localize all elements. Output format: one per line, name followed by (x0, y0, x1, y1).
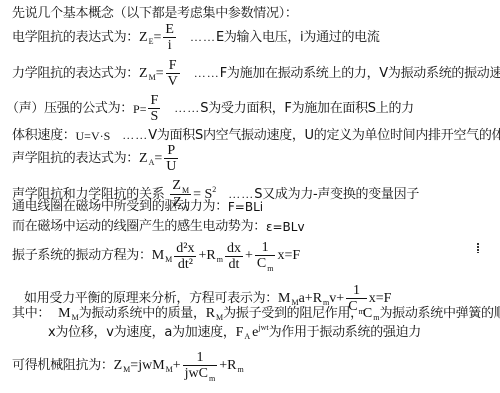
denominator: Cm (255, 256, 276, 272)
term: x=F (277, 248, 300, 264)
symbol: C (257, 256, 266, 271)
fraction: F S (148, 93, 160, 124)
numerator: 1 (260, 240, 271, 255)
subscript: M (149, 70, 156, 86)
denominator: dt² (176, 257, 195, 272)
note-text: E为输入电压，i为通过的电流 (216, 30, 380, 45)
definition-text: 为振动系统中弹簧的顺性 (379, 306, 500, 322)
note: ……F为施加在振动系统上的力，V为振动系统的振动速度 (194, 65, 500, 82)
definition-text: 为作用于振动系统的强迫力 (269, 325, 421, 341)
ellipsis: …… (122, 128, 148, 142)
denominator: dt (227, 257, 242, 272)
subscript: M (182, 186, 189, 195)
plus: + (245, 248, 253, 264)
mechanical-impedance-line: 力学阻抗的表达式为： ZM = F V ……F为施加在振动系统上的力，V为振动系… (12, 58, 500, 89)
symbol: R (206, 306, 215, 322)
volume-velocity-line: 体积速度： U=V·S ……V为面积S内空气振动速度，U的定义为单位时间内排开空… (12, 127, 500, 144)
symbol: M (58, 306, 70, 322)
denominator: V (166, 74, 180, 89)
cursor-mark (477, 243, 479, 253)
term: x=F (369, 291, 392, 307)
denominator: S (148, 109, 160, 124)
acoustic-impedance-line: 声学阻抗的表达式为： ZA = P U (12, 143, 180, 174)
definitions-line-2: x为位移，v为速度，a为加速度， FA ejwt 为作用于振动系统的强迫力 (48, 325, 421, 341)
formula: F=BLi (228, 199, 263, 215)
fraction: dx dt (225, 241, 243, 272)
subscript: A (149, 155, 155, 171)
electrical-impedance-line: 电学阻抗的表达式为： ZE = E i ……E为输入电压，i为通过的电流 (12, 22, 380, 53)
ellipsis: …… (194, 66, 220, 80)
vibration-equation-line: 振子系统的振动方程为： MM d²x dt² +Rm dx dt + 1 Cm … (12, 240, 300, 272)
definitions-line-1: 其中： MM 为振动系统中的质量， RM 为振子受到的阻尼作用， Cm 为振动系… (12, 306, 500, 322)
symbol: P= (133, 101, 146, 117)
subscript: M (166, 362, 173, 378)
intro-text: 先说几个基本概念（以下都是考虑集中参数情况）： (12, 6, 298, 22)
note-text: S又成为力-声变换的变量因子 (254, 187, 419, 202)
numerator: ZM (170, 178, 191, 194)
term: v+ (329, 291, 344, 307)
label: （声）压强的公式为： (6, 101, 133, 117)
denominator: i (166, 38, 174, 53)
definition-text: x为位移，v为速度，a为加速度， (48, 325, 236, 341)
term: +R (198, 248, 215, 264)
symbol: jwC (185, 366, 208, 381)
subscript: A (244, 329, 250, 345)
symbol: Z (114, 358, 123, 374)
label: 声学阻抗的表达式为： (12, 151, 139, 167)
label: 可得机械阻抗为： (12, 358, 114, 374)
superscript: jwt (258, 320, 268, 336)
note-text: S为受力面积，F为施加在面积S上的力 (200, 101, 414, 116)
mechanical-impedance-result-line: 可得机械阻抗为： ZM =jwMM + 1 jwCm +Rm (12, 350, 244, 382)
numerator: E (163, 22, 176, 37)
subscript: E (149, 34, 154, 50)
symbol: C (363, 306, 372, 322)
driving-force-line: 通电线圈在磁场中所受到的驱动力为： F=BLi (12, 199, 263, 215)
subscript: m (237, 362, 243, 378)
symbol: F (236, 325, 244, 341)
term: a+R (299, 291, 322, 307)
symbol: Z (139, 66, 148, 82)
intro-heading: 先说几个基本概念（以下都是考虑集中参数情况）： (12, 6, 298, 22)
symbol: Z (139, 30, 148, 46)
symbol: M (278, 291, 290, 307)
note: ……S为受力面积，F为施加在面积S上的力 (174, 100, 414, 117)
note: ……E为输入电压，i为通过的电流 (190, 29, 380, 46)
numerator: 1 (194, 350, 205, 365)
note-text: F为施加在振动系统上的力，V为振动系统的振动速度 (220, 66, 500, 81)
ellipsis: …… (174, 101, 200, 115)
subscript: m (267, 264, 273, 273)
fraction: E i (163, 22, 176, 53)
fraction: 1 Cm (255, 240, 276, 272)
fraction: F V (166, 58, 180, 89)
definition-text: 为振动系统中的质量， (79, 306, 206, 322)
numerator: F (148, 93, 160, 108)
label: 振子系统的振动方程为： (12, 248, 152, 264)
subscript: M (216, 310, 223, 326)
emf-line: 而在磁场中运动的线圈产生的感生电动势为： ε=BLv (12, 219, 305, 235)
subscript: m (217, 252, 223, 268)
denominator: jwCm (183, 366, 218, 382)
formula: ε=BLv (266, 219, 305, 235)
fraction: 1 jwCm (183, 350, 218, 382)
label: 而在磁场中运动的线圈产生的感生电动势为： (12, 219, 266, 235)
term: +R (219, 358, 236, 374)
symbol: M (152, 248, 164, 264)
pressure-line: （声）压强的公式为： P= F S ……S为受力面积，F为施加在面积S上的力 (6, 93, 414, 124)
label: 体积速度： (12, 128, 76, 144)
superscript: 2 (212, 182, 216, 198)
label: 其中： (12, 306, 50, 322)
definition-text: 为振子受到的阻尼作用， (223, 306, 363, 322)
fraction: P U (164, 143, 178, 174)
equals: = (153, 30, 161, 46)
ellipsis: …… (190, 30, 216, 44)
subscript: m (209, 374, 215, 383)
equals: = (154, 151, 162, 167)
fraction: d²x dt² (174, 241, 196, 272)
subscript: M (165, 252, 172, 268)
label: 电学阻抗的表达式为： (12, 30, 139, 46)
equals: = (156, 66, 164, 82)
numerator: F (167, 58, 179, 73)
term: =jwM (130, 358, 164, 374)
label: 如用受力平衡的原理来分析，方程可表示为： (24, 291, 278, 307)
formula: U=V·S (76, 128, 111, 144)
label: 力学阻抗的表达式为： (12, 66, 139, 82)
numerator: dx (225, 241, 243, 256)
note: ……V为面积S内空气振动速度，U的定义为单位时间内排开空气的体积 (122, 127, 500, 144)
numerator: d²x (174, 241, 196, 256)
subscript: M (123, 362, 130, 378)
numerator: 1 (351, 283, 362, 298)
plus: + (173, 358, 181, 374)
subscript: m (373, 310, 379, 326)
symbol: Z (172, 178, 181, 193)
denominator: U (164, 159, 178, 174)
subscript: M (72, 310, 79, 326)
label: 通电线圈在磁场中所受到的驱动力为： (12, 199, 228, 215)
numerator: P (165, 143, 177, 158)
symbol: Z (139, 151, 148, 167)
note-text: V为面积S内空气振动速度，U的定义为单位时间内排开空气的体积 (148, 128, 500, 143)
